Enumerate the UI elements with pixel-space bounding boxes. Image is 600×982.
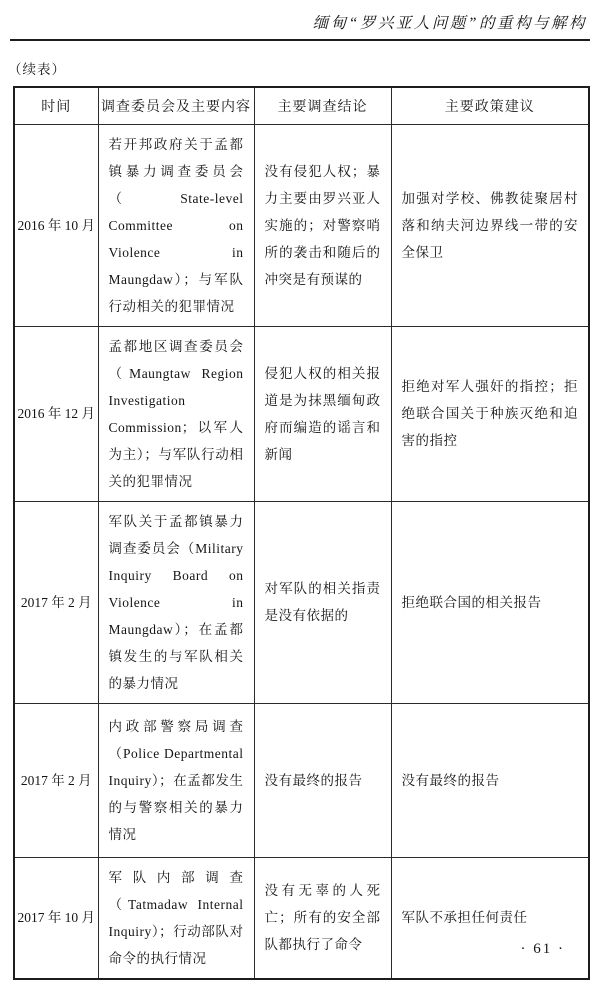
cell-time: 2017 年 2 月: [14, 501, 98, 703]
cell-conclusion: 没有无辜的人死亡；所有的安全部队都执行了命令: [254, 857, 391, 979]
column-header-time: 时间: [14, 87, 98, 124]
continued-table-label: （续表）: [8, 58, 66, 78]
cell-policy: 拒绝联合国的相关报告: [391, 501, 589, 703]
cell-committee: 内政部警察局调查（Police Departmental Inquiry）；在孟…: [98, 703, 254, 857]
column-header-committee: 调查委员会及主要内容: [98, 87, 254, 124]
cell-committee: 军队内部调查（Tatmadaw Internal Inquiry）；行动部队对命…: [98, 857, 254, 979]
table-header-row: 时间 调查委员会及主要内容 主要调查结论 主要政策建议: [14, 87, 589, 124]
document-page: { "page": { "running_head": "缅甸“罗兴亚人问题”的…: [0, 0, 600, 982]
table-row: 2017 年 2 月 军队关于孟都镇暴力调查委员会（Military Inqui…: [14, 501, 589, 703]
cell-time: 2017 年 2 月: [14, 703, 98, 857]
cell-time: 2016 年 12 月: [14, 326, 98, 501]
table-row: 2016 年 10 月 若开邦政府关于孟都镇暴力调查委员会（State-leve…: [14, 124, 589, 326]
column-header-policy: 主要政策建议: [391, 87, 589, 124]
cell-policy: 军队不承担任何责任: [391, 857, 589, 979]
running-head-title: 缅甸“罗兴亚人问题”的重构与解构: [313, 11, 587, 33]
cell-committee: 孟都地区调查委员会（Maungtaw Region Investigation …: [98, 326, 254, 501]
cell-time: 2016 年 10 月: [14, 124, 98, 326]
header-rule: [10, 39, 590, 41]
investigation-committees-table: 时间 调查委员会及主要内容 主要调查结论 主要政策建议 2016 年 10 月 …: [13, 86, 590, 980]
cell-conclusion: 没有侵犯人权；暴力主要由罗兴亚人实施的；对警察哨所的袭击和随后的冲突是有预谋的: [254, 124, 391, 326]
cell-conclusion: 对军队的相关指责是没有依据的: [254, 501, 391, 703]
table-row: 2016 年 12 月 孟都地区调查委员会（Maungtaw Region In…: [14, 326, 589, 501]
cell-conclusion: 没有最终的报告: [254, 703, 391, 857]
cell-time: 2017 年 10 月: [14, 857, 98, 979]
table-row: 2017 年 10 月 军队内部调查（Tatmadaw Internal Inq…: [14, 857, 589, 979]
cell-policy: 加强对学校、佛教徒聚居村落和纳夫河边界线一带的安全保卫: [391, 124, 589, 326]
cell-policy: 拒绝对军人强奸的指控；拒绝联合国关于种族灭绝和迫害的指控: [391, 326, 589, 501]
cell-policy: 没有最终的报告: [391, 703, 589, 857]
page-number: · 61 ·: [521, 941, 566, 958]
table-row: 2017 年 2 月 内政部警察局调查（Police Departmental …: [14, 703, 589, 857]
cell-conclusion: 侵犯人权的相关报道是为抹黑缅甸政府而编造的谣言和新闻: [254, 326, 391, 501]
column-header-conclusion: 主要调查结论: [254, 87, 391, 124]
cell-committee: 若开邦政府关于孟都镇暴力调查委员会（State-level Committee …: [98, 124, 254, 326]
cell-committee: 军队关于孟都镇暴力调查委员会（Military Inquiry Board on…: [98, 501, 254, 703]
